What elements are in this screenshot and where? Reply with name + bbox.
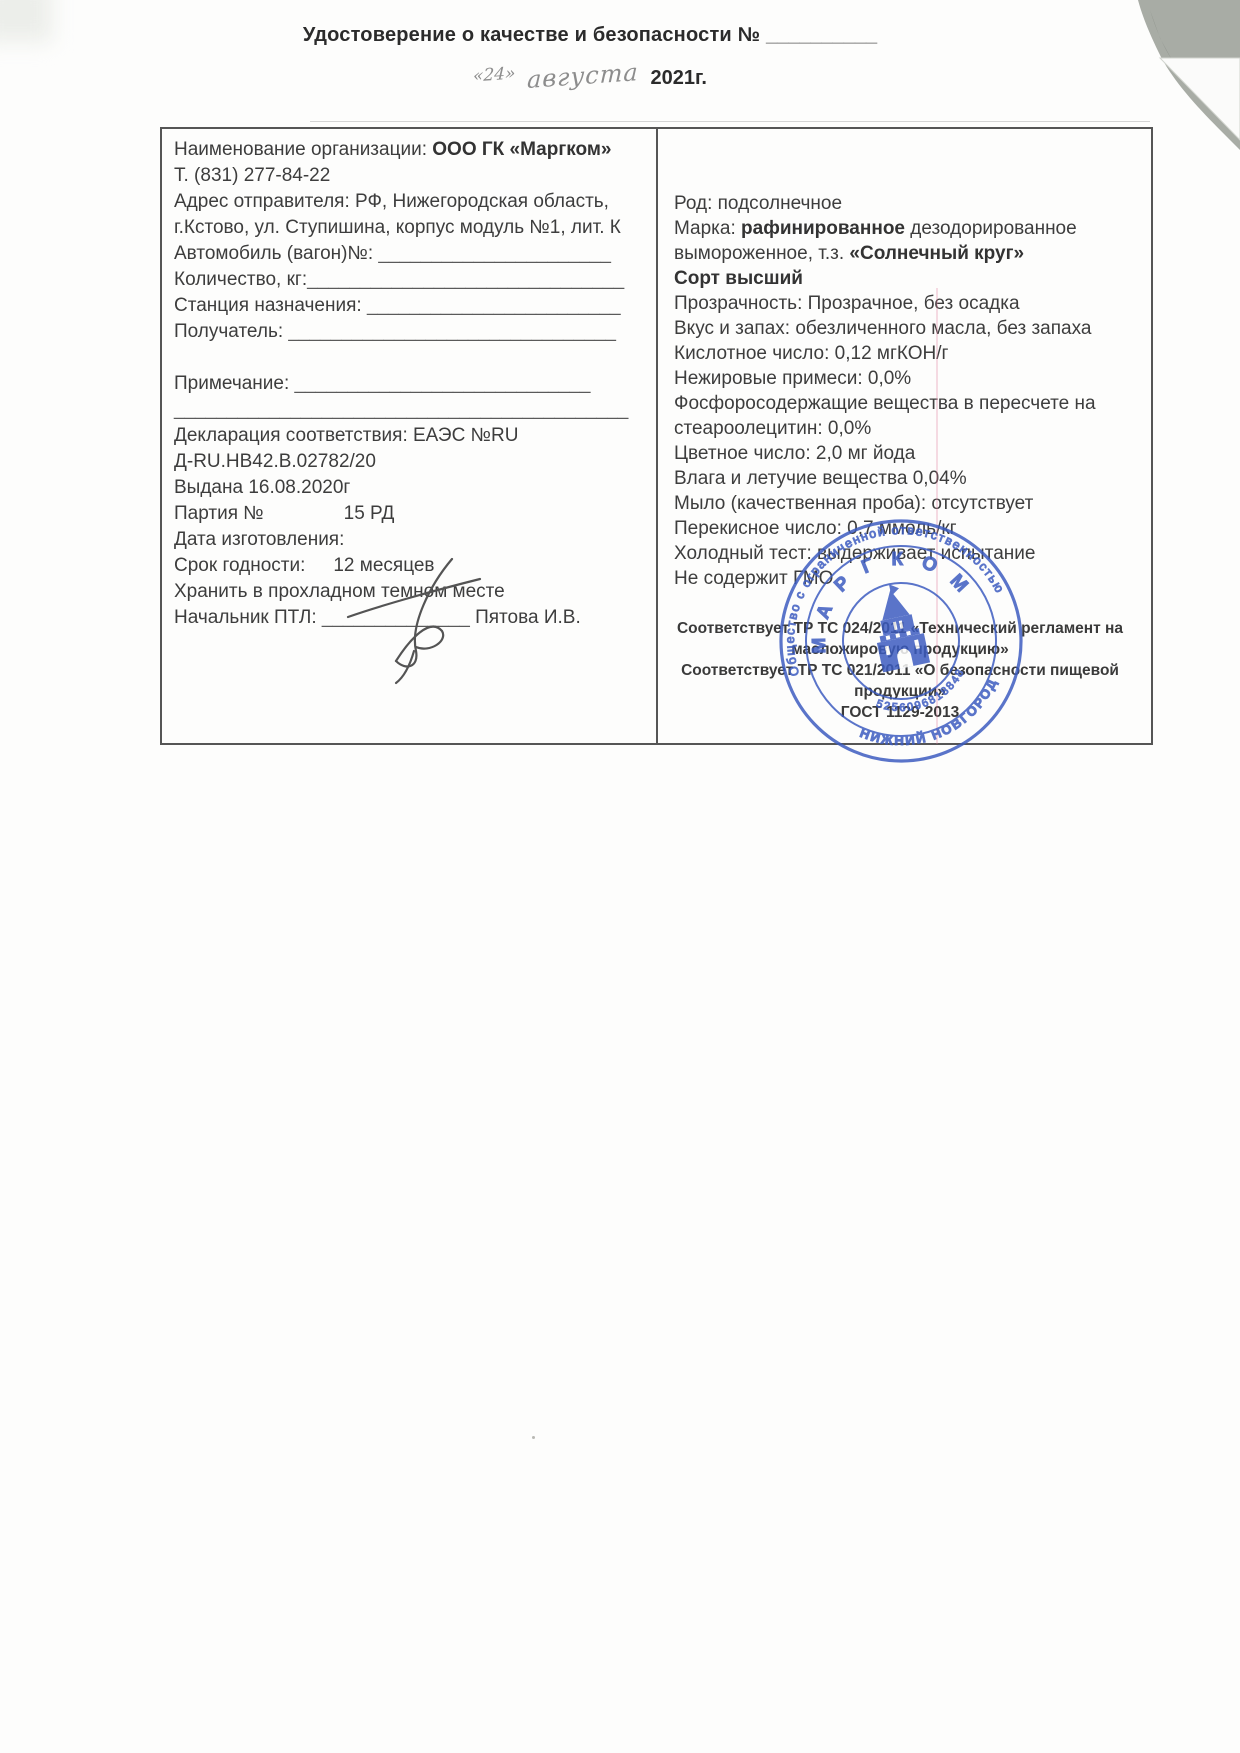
taste-smell-line: Вкус и запах: обезличенного масла, без з… xyxy=(674,316,1137,341)
transparency-line: Прозрачность: Прозрачное, без осадка xyxy=(674,291,1137,316)
issued-line: Выдана 16.08.2020г xyxy=(174,475,646,501)
handwritten-day: «24» xyxy=(473,63,516,86)
phone-line: Т. (831) 277-84-22 xyxy=(174,163,646,189)
stamp-ring-bottom-text: НИЖНИЙ НОВГОРОД xyxy=(854,671,1012,769)
declaration-line-2: Д-RU.НВ42.В.02782/20 xyxy=(174,449,646,475)
sender-address-line-2: г.Кстово, ул. Ступишина, корпус модуль №… xyxy=(174,215,646,241)
note-line: Примечание: ____________________________ xyxy=(174,371,646,397)
scan-speck xyxy=(532,1436,535,1439)
grade-line: Сорт высший xyxy=(674,266,1137,291)
phosphorus-line-2: стеароолецитин: 0,0% xyxy=(674,416,1137,441)
blank-line xyxy=(174,345,646,371)
scanned-certificate-page: Удостоверение о качестве и безопасности … xyxy=(0,0,1240,1753)
declaration-line-1: Декларация соответствия: ЕАЭС №RU xyxy=(174,423,646,449)
mfg-date-line: Дата изготовления: xyxy=(174,527,646,553)
svg-text:НИЖНИЙ НОВГОРОД: НИЖНИЙ НОВГОРОД xyxy=(854,671,1012,769)
moisture-line: Влага и летучие вещества 0,04% xyxy=(674,466,1137,491)
vehicle-line: Автомобиль (вагон)№: ___________________… xyxy=(174,241,646,267)
folded-corner xyxy=(1160,58,1240,140)
acid-number-line: Кислотное число: 0,12 мгКОН/г xyxy=(674,341,1137,366)
sender-address-line-1: Адрес отправителя: РФ, Нижегородская обл… xyxy=(174,189,646,215)
page-title: Удостоверение о качестве и безопасности … xyxy=(0,24,1180,47)
receiver-line: Получатель: ____________________________… xyxy=(174,319,646,345)
date-year: 2021г. xyxy=(651,67,707,89)
torn-corner xyxy=(1010,0,1240,160)
product-type-line: Род: подсолнечное xyxy=(674,191,1137,216)
impurities-line: Нежировые примеси: 0,0% xyxy=(674,366,1137,391)
title-text: Удостоверение о качестве и безопасности … xyxy=(303,24,760,46)
blank-underscore-line: ________________________________________… xyxy=(174,397,646,423)
batch-line: Партия №15 РД xyxy=(174,501,646,527)
kremlin-tower-icon xyxy=(865,579,930,672)
signature-scribble xyxy=(330,555,510,685)
phosphorus-line-1: Фосфоросодержащие вещества в пересчете н… xyxy=(674,391,1137,416)
org-line: Наименование организации: ООО ГК «Маргко… xyxy=(174,137,646,163)
brand-line-2: вымороженное, т.з. «Солнечный круг» xyxy=(674,241,1137,266)
title-number-blank: __________ xyxy=(766,24,877,46)
date-line: «24» августа 2021г. xyxy=(0,62,1180,90)
company-stamp: Общество с ограниченной ответственностью… xyxy=(772,512,1030,770)
color-number-line: Цветное число: 2,0 мг йода xyxy=(674,441,1137,466)
batch-number-value: 15 РД xyxy=(344,503,395,524)
brand-line: Марка: рафинированное дезодорированное xyxy=(674,216,1137,241)
quantity-line: Количество, кг:_________________________… xyxy=(174,267,646,293)
handwritten-month: августа xyxy=(527,58,640,94)
station-line: Станция назначения: ____________________… xyxy=(174,293,646,319)
